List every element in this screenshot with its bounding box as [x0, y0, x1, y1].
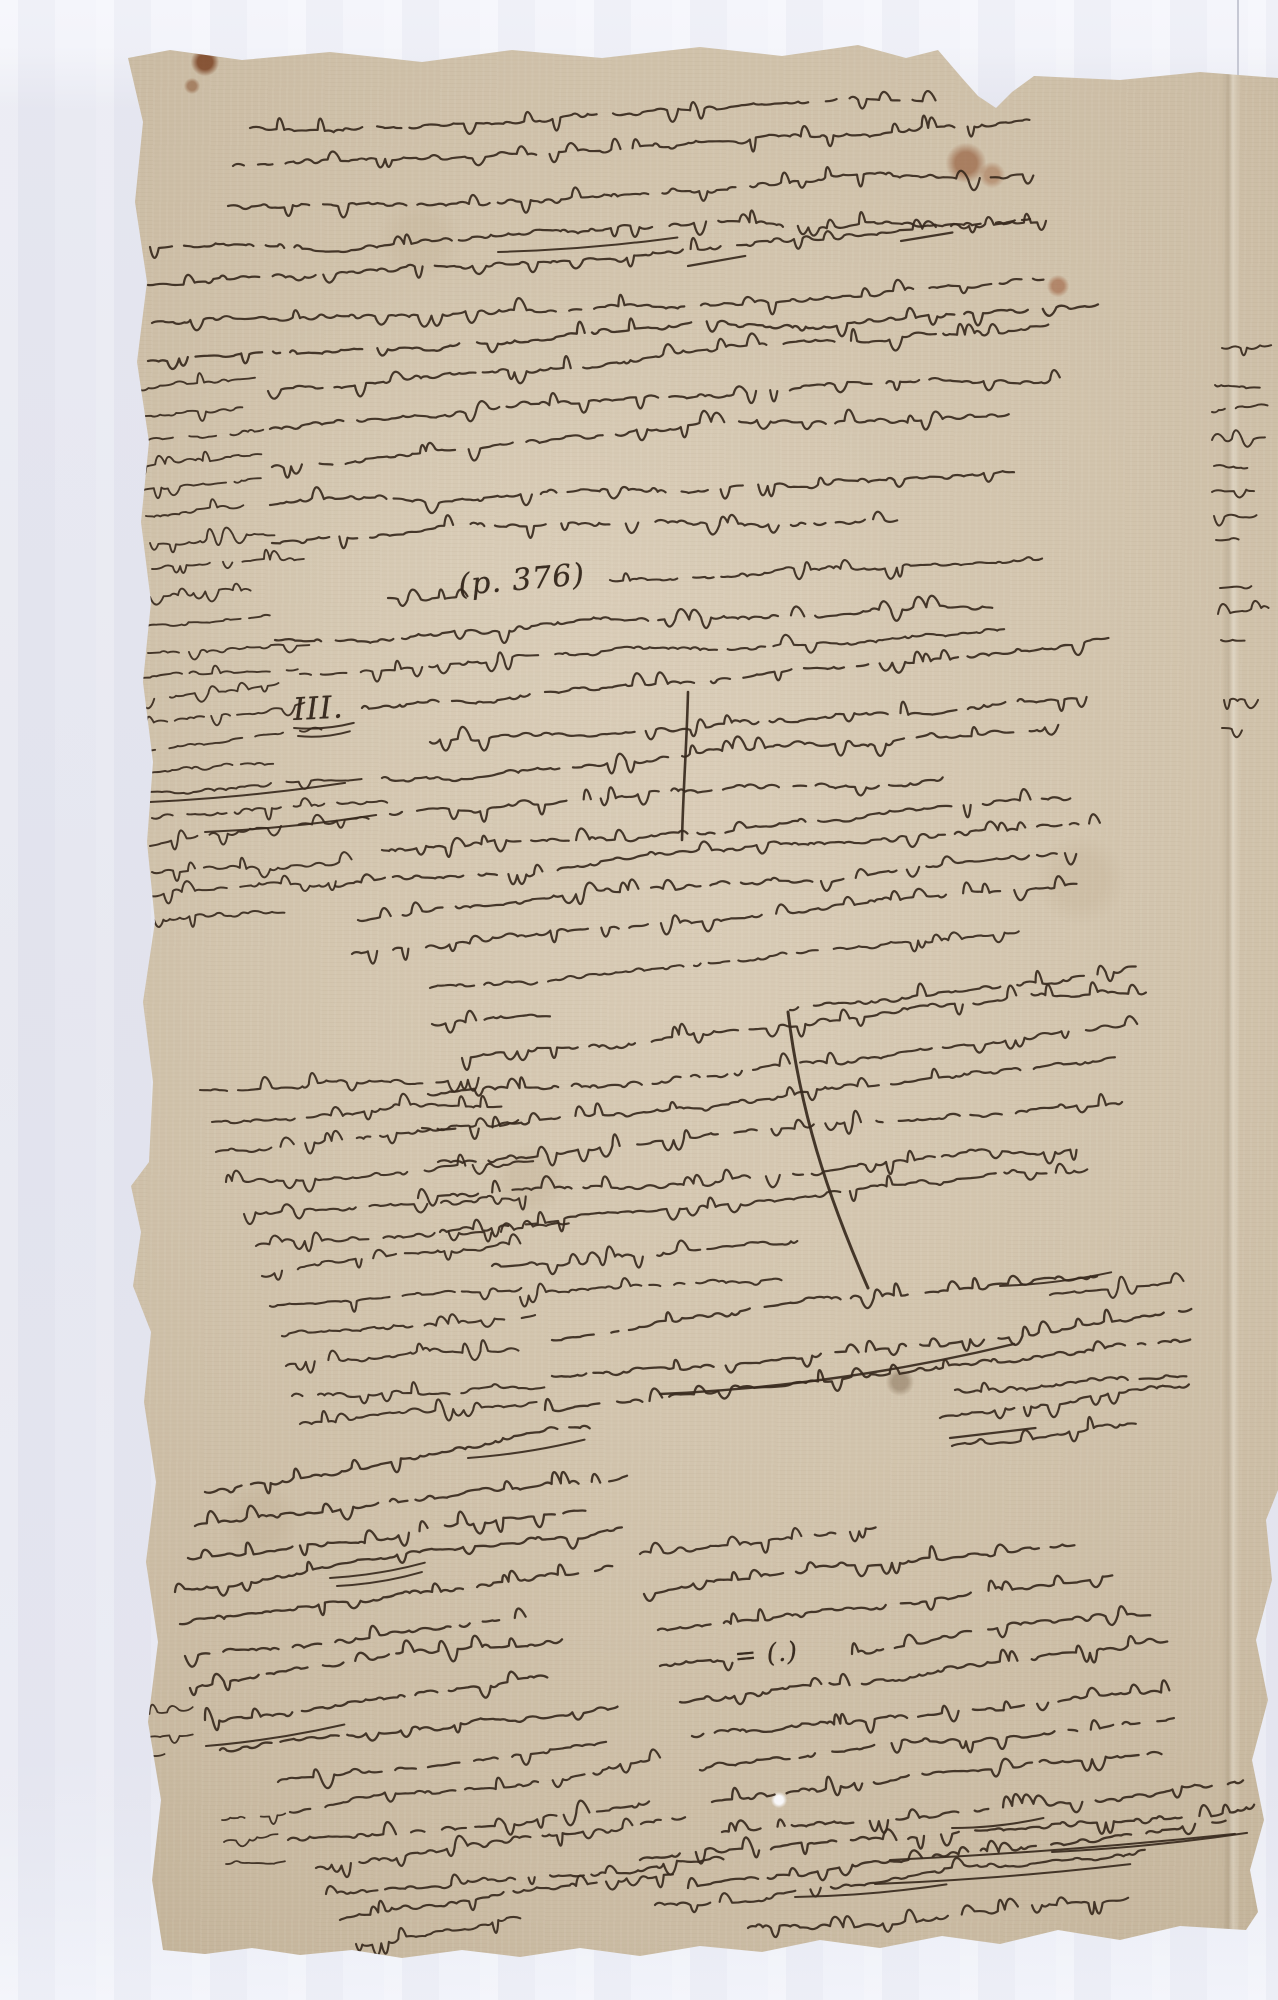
handwriting-line	[639, 1793, 1256, 1874]
handwriting-line	[222, 1813, 286, 1829]
underline-phrase	[206, 1725, 345, 1748]
handwriting-line	[203, 1422, 593, 1502]
handwriting-line	[1220, 586, 1251, 590]
handwriting-line	[519, 1263, 782, 1307]
handwriting-line	[226, 1857, 285, 1868]
handwriting-line	[154, 907, 285, 930]
handwriting-line	[660, 1656, 733, 1677]
handwriting-line	[350, 874, 1078, 965]
handwriting-line	[550, 1261, 1114, 1341]
underline-freiheit	[468, 1440, 585, 1460]
handwriting-line	[1212, 404, 1268, 412]
scanned-manuscript: (p. 376) III. = (.)	[0, 0, 1278, 2000]
handwriting-layer	[0, 0, 1278, 2000]
handwriting-line	[148, 759, 274, 775]
handwriting-line	[429, 678, 1088, 761]
handwriting-line	[955, 1364, 1202, 1397]
handwriting-line	[299, 622, 1005, 687]
handwriting-line	[243, 1182, 541, 1234]
handwriting-line	[260, 1234, 521, 1281]
handwriting-line	[151, 791, 387, 830]
handwriting-line	[460, 974, 1148, 1070]
handwriting-line	[140, 659, 298, 684]
handwriting-line	[287, 1789, 661, 1862]
handwriting-line	[362, 694, 540, 710]
handwriting-line	[147, 213, 1032, 296]
handwriting-line	[437, 1087, 1137, 1176]
handwriting-line	[187, 1494, 587, 1576]
handwriting-line	[1214, 463, 1257, 470]
handwriting-line	[149, 868, 337, 906]
handwriting-line	[389, 763, 957, 828]
handwriting-line	[285, 1335, 519, 1377]
handwriting-line	[439, 1158, 1089, 1241]
handwriting-line	[148, 640, 326, 663]
handwriting-line	[355, 1916, 523, 1958]
handwriting-line	[281, 1306, 552, 1345]
vertical-deletion-stroke	[682, 692, 688, 840]
flourish-underline	[795, 1884, 947, 1898]
handwriting-line	[639, 1520, 877, 1566]
shorthand-equation-text: = (.)	[733, 1637, 799, 1672]
handwriting-line	[142, 405, 243, 427]
handwriting-line	[139, 698, 306, 735]
handwriting-line	[141, 679, 280, 709]
handwriting-line	[139, 368, 263, 391]
handwriting-line	[1217, 600, 1268, 614]
handwriting-line	[220, 1699, 619, 1763]
handwriting-line	[188, 1619, 563, 1698]
handwriting-line	[232, 108, 1040, 183]
handwriting-line	[653, 1840, 1163, 1915]
handwriting-line	[271, 492, 897, 559]
handwriting-line	[1212, 429, 1266, 449]
handwriting-line	[1212, 488, 1254, 498]
handwriting-line	[381, 785, 1084, 864]
handwriting-line	[138, 427, 280, 444]
handwriting-line	[299, 1391, 538, 1434]
underline-phrase	[1000, 1272, 1112, 1287]
handwriting-line	[1214, 513, 1257, 525]
handwriting-line	[491, 1229, 809, 1280]
handwriting-line	[151, 848, 352, 887]
strikethrough-word	[688, 256, 746, 266]
double-underline-2	[337, 1572, 423, 1588]
handwriting-line	[1049, 1271, 1184, 1303]
handwriting-line	[277, 1734, 608, 1795]
handwriting-line	[292, 1371, 545, 1410]
handwriting-line	[951, 1413, 1137, 1452]
underline-cartesische	[498, 237, 678, 253]
handwriting-line	[275, 589, 1006, 658]
double-underline-1	[330, 1563, 426, 1580]
handwriting-line	[1224, 697, 1258, 709]
manuscript-page: (p. 376) III. = (.)	[0, 0, 1278, 2000]
handwriting-line	[145, 497, 244, 518]
handwriting-line	[1215, 383, 1260, 390]
handwriting-line	[270, 1283, 522, 1319]
handwriting-line	[150, 774, 362, 803]
handwriting-line	[1221, 639, 1245, 642]
handwriting-line	[203, 1660, 549, 1736]
handwriting-line	[1222, 726, 1259, 738]
handwriting-line	[269, 451, 1014, 523]
handwriting-line	[939, 1382, 1205, 1427]
handwriting-line	[225, 1145, 534, 1199]
handwriting-line	[544, 631, 1124, 704]
handwriting-line	[142, 478, 262, 500]
handwriting-line	[1222, 344, 1278, 357]
handwriting-line	[610, 544, 1043, 598]
handwriting-line	[193, 1453, 627, 1541]
handwriting-line	[149, 810, 370, 851]
handwriting-line	[431, 1005, 550, 1033]
handwriting-line	[338, 1866, 674, 1924]
margin-underline	[205, 815, 377, 834]
handwriting-line	[269, 367, 1061, 432]
handwriting-line	[721, 1768, 1245, 1850]
backing-sheet-edge	[1237, 0, 1239, 80]
handwriting-line	[149, 524, 275, 554]
handwriting-line	[699, 1711, 1175, 1780]
handwriting-line	[173, 1518, 623, 1604]
handwriting-line	[266, 318, 1050, 401]
handwriting-line	[642, 1531, 1075, 1601]
handwriting-line	[1216, 537, 1248, 540]
handwriting-line	[691, 1678, 1187, 1751]
handwriting-line	[146, 615, 270, 628]
handwriting-line	[224, 1834, 279, 1848]
strikethrough-word	[901, 232, 953, 241]
section-number-text: III.	[292, 689, 344, 728]
handwriting-line	[199, 1061, 479, 1109]
handwriting-line	[139, 447, 262, 476]
handwriting-line	[149, 583, 251, 606]
